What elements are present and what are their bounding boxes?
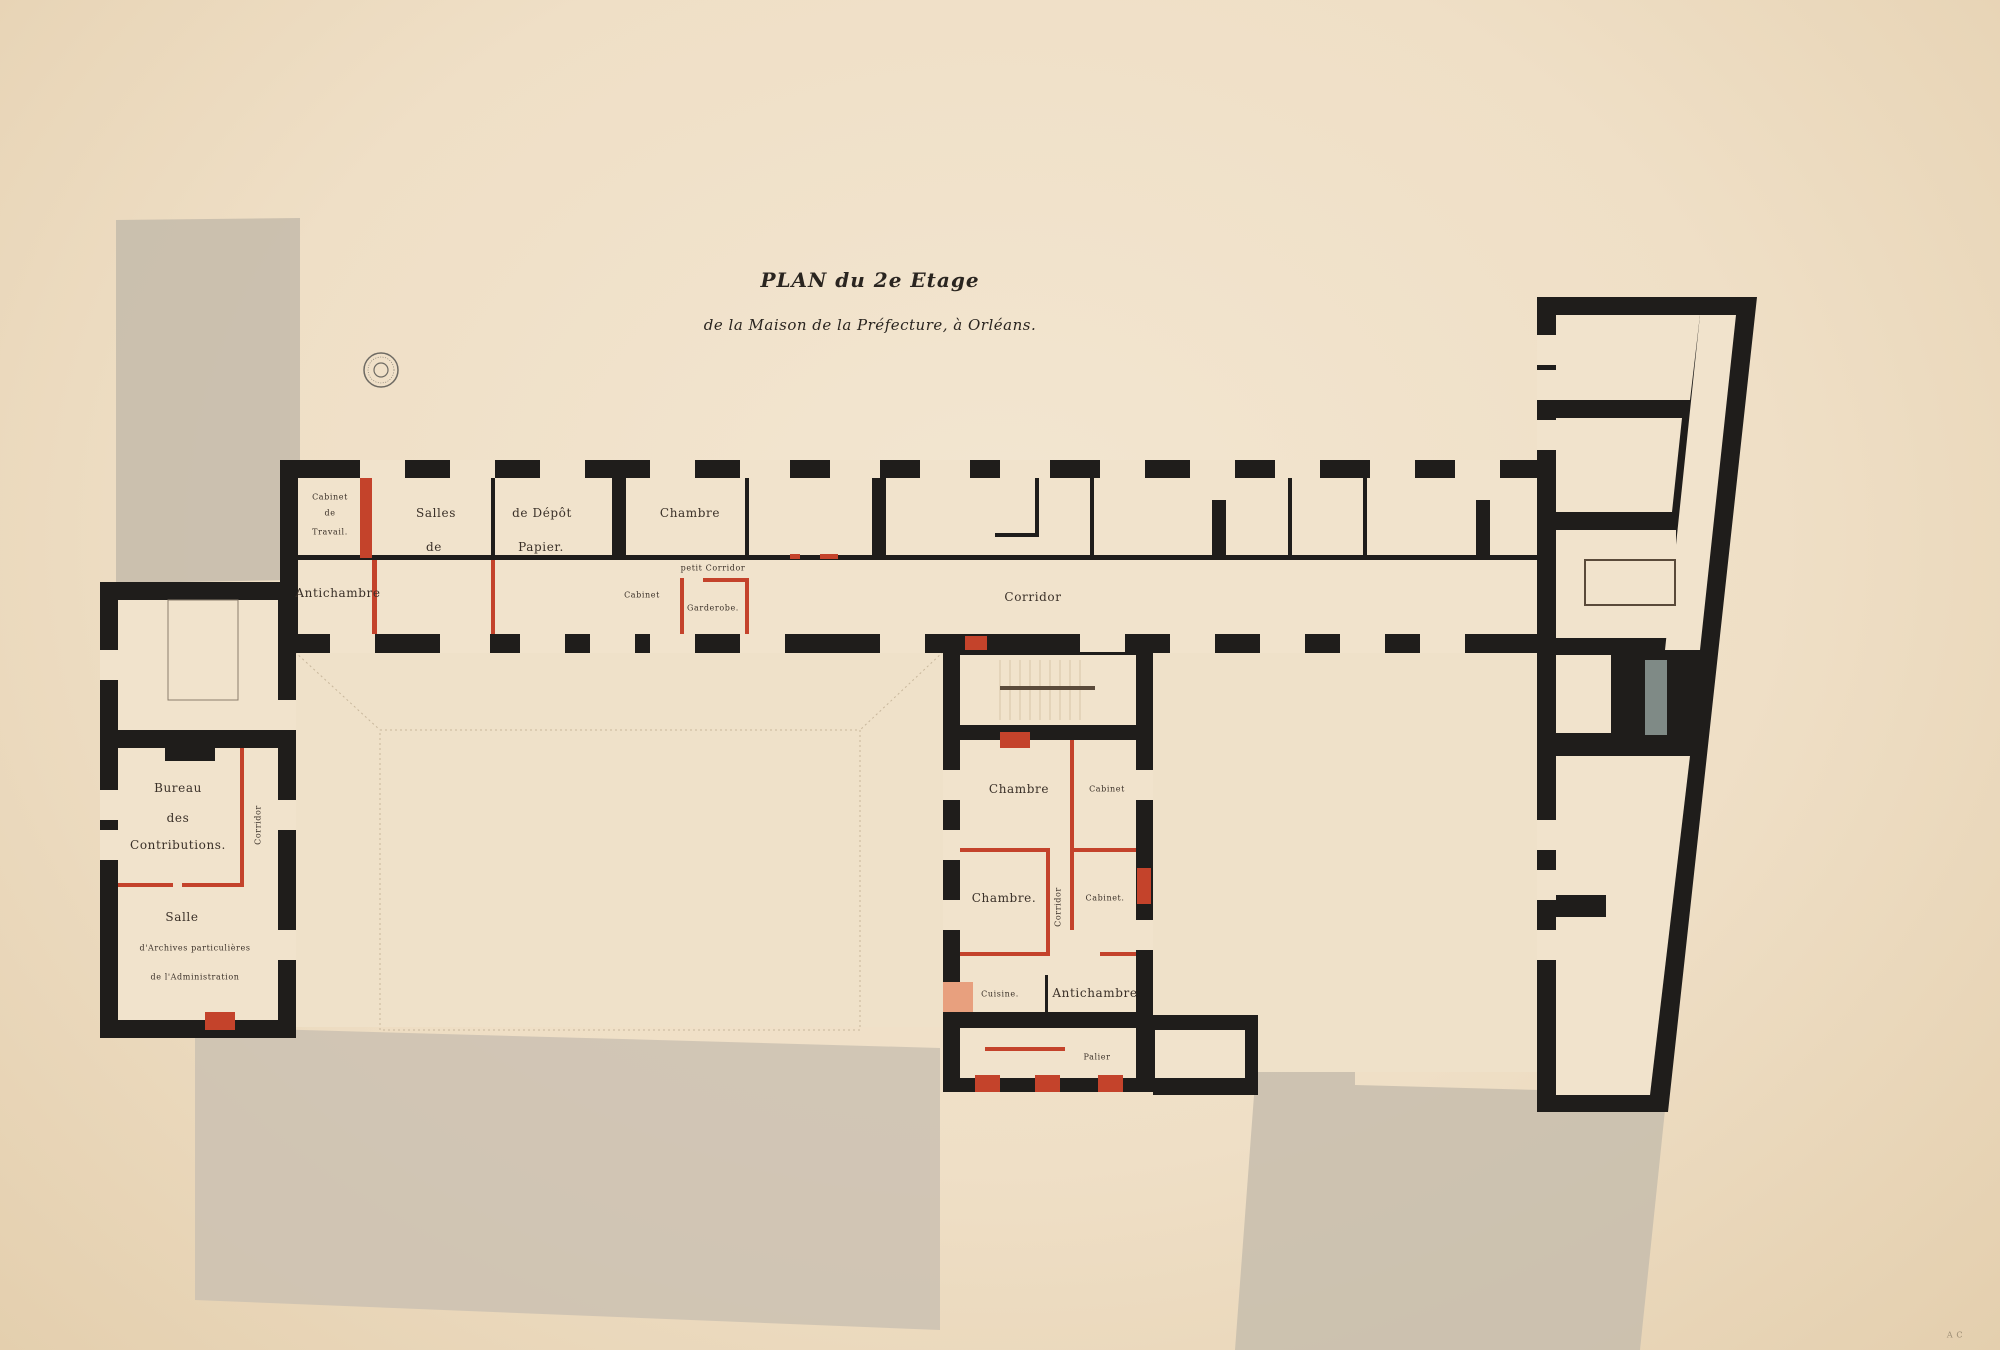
label-chambre-c2: Chambre. bbox=[972, 891, 1037, 905]
label-corridor-west: Corridor bbox=[254, 805, 263, 845]
west-wing bbox=[100, 582, 296, 1038]
label-cabinet: Cabinet bbox=[312, 493, 348, 502]
label-cabinet-c1: Cabinet bbox=[1089, 785, 1125, 794]
label-antichambre-west: Antichambre bbox=[295, 586, 380, 600]
plan-subtitle: de la Maison de la Préfecture, à Orléans… bbox=[0, 316, 1740, 334]
plan-title: PLAN du 2e Etage bbox=[0, 268, 1740, 292]
label-corridor-main: Corridor bbox=[1004, 590, 1061, 604]
north-range bbox=[280, 460, 1540, 653]
label-de: de bbox=[324, 509, 335, 518]
label-des: des bbox=[167, 811, 190, 825]
grey-courtyard-south bbox=[195, 1027, 940, 1330]
inner-courtyard bbox=[295, 652, 943, 1027]
label-cuisine: Cuisine. bbox=[981, 990, 1019, 999]
archive-stamp-icon bbox=[364, 353, 398, 387]
label-corridor-c: Corridor bbox=[1054, 887, 1063, 927]
east-courtyard bbox=[1153, 652, 1540, 1072]
corner-mark: A C bbox=[1947, 1331, 1963, 1340]
label-palier: Palier bbox=[1083, 1053, 1110, 1062]
label-garderobe: Garderobe. bbox=[687, 604, 739, 613]
label-salle: Salle bbox=[165, 910, 198, 924]
label-chambre-north: Chambre bbox=[660, 506, 720, 520]
label-archives: d'Archives particulières bbox=[139, 944, 250, 953]
label-contributions: Contributions. bbox=[130, 838, 226, 852]
label-chambre-c1: Chambre bbox=[989, 782, 1049, 796]
label-de-depot: de Dépôt bbox=[512, 506, 572, 520]
east-wing bbox=[1537, 297, 1757, 1112]
floor-plan-drawing bbox=[0, 0, 2000, 1350]
label-cabinet-c2: Cabinet. bbox=[1085, 894, 1124, 903]
label-salles: Salles bbox=[416, 506, 456, 520]
label-antichambre-c: Antichambre bbox=[1052, 986, 1137, 1000]
label-bureau: Bureau bbox=[154, 781, 202, 795]
label-travail: Travail. bbox=[312, 528, 348, 537]
label-petit-corridor: petit Corridor bbox=[681, 564, 746, 573]
label-papier: Papier. bbox=[518, 540, 564, 554]
label-salles-de: de bbox=[426, 540, 442, 554]
label-administration: de l'Administration bbox=[151, 973, 240, 982]
label-cabinet-corridor: Cabinet bbox=[624, 591, 660, 600]
